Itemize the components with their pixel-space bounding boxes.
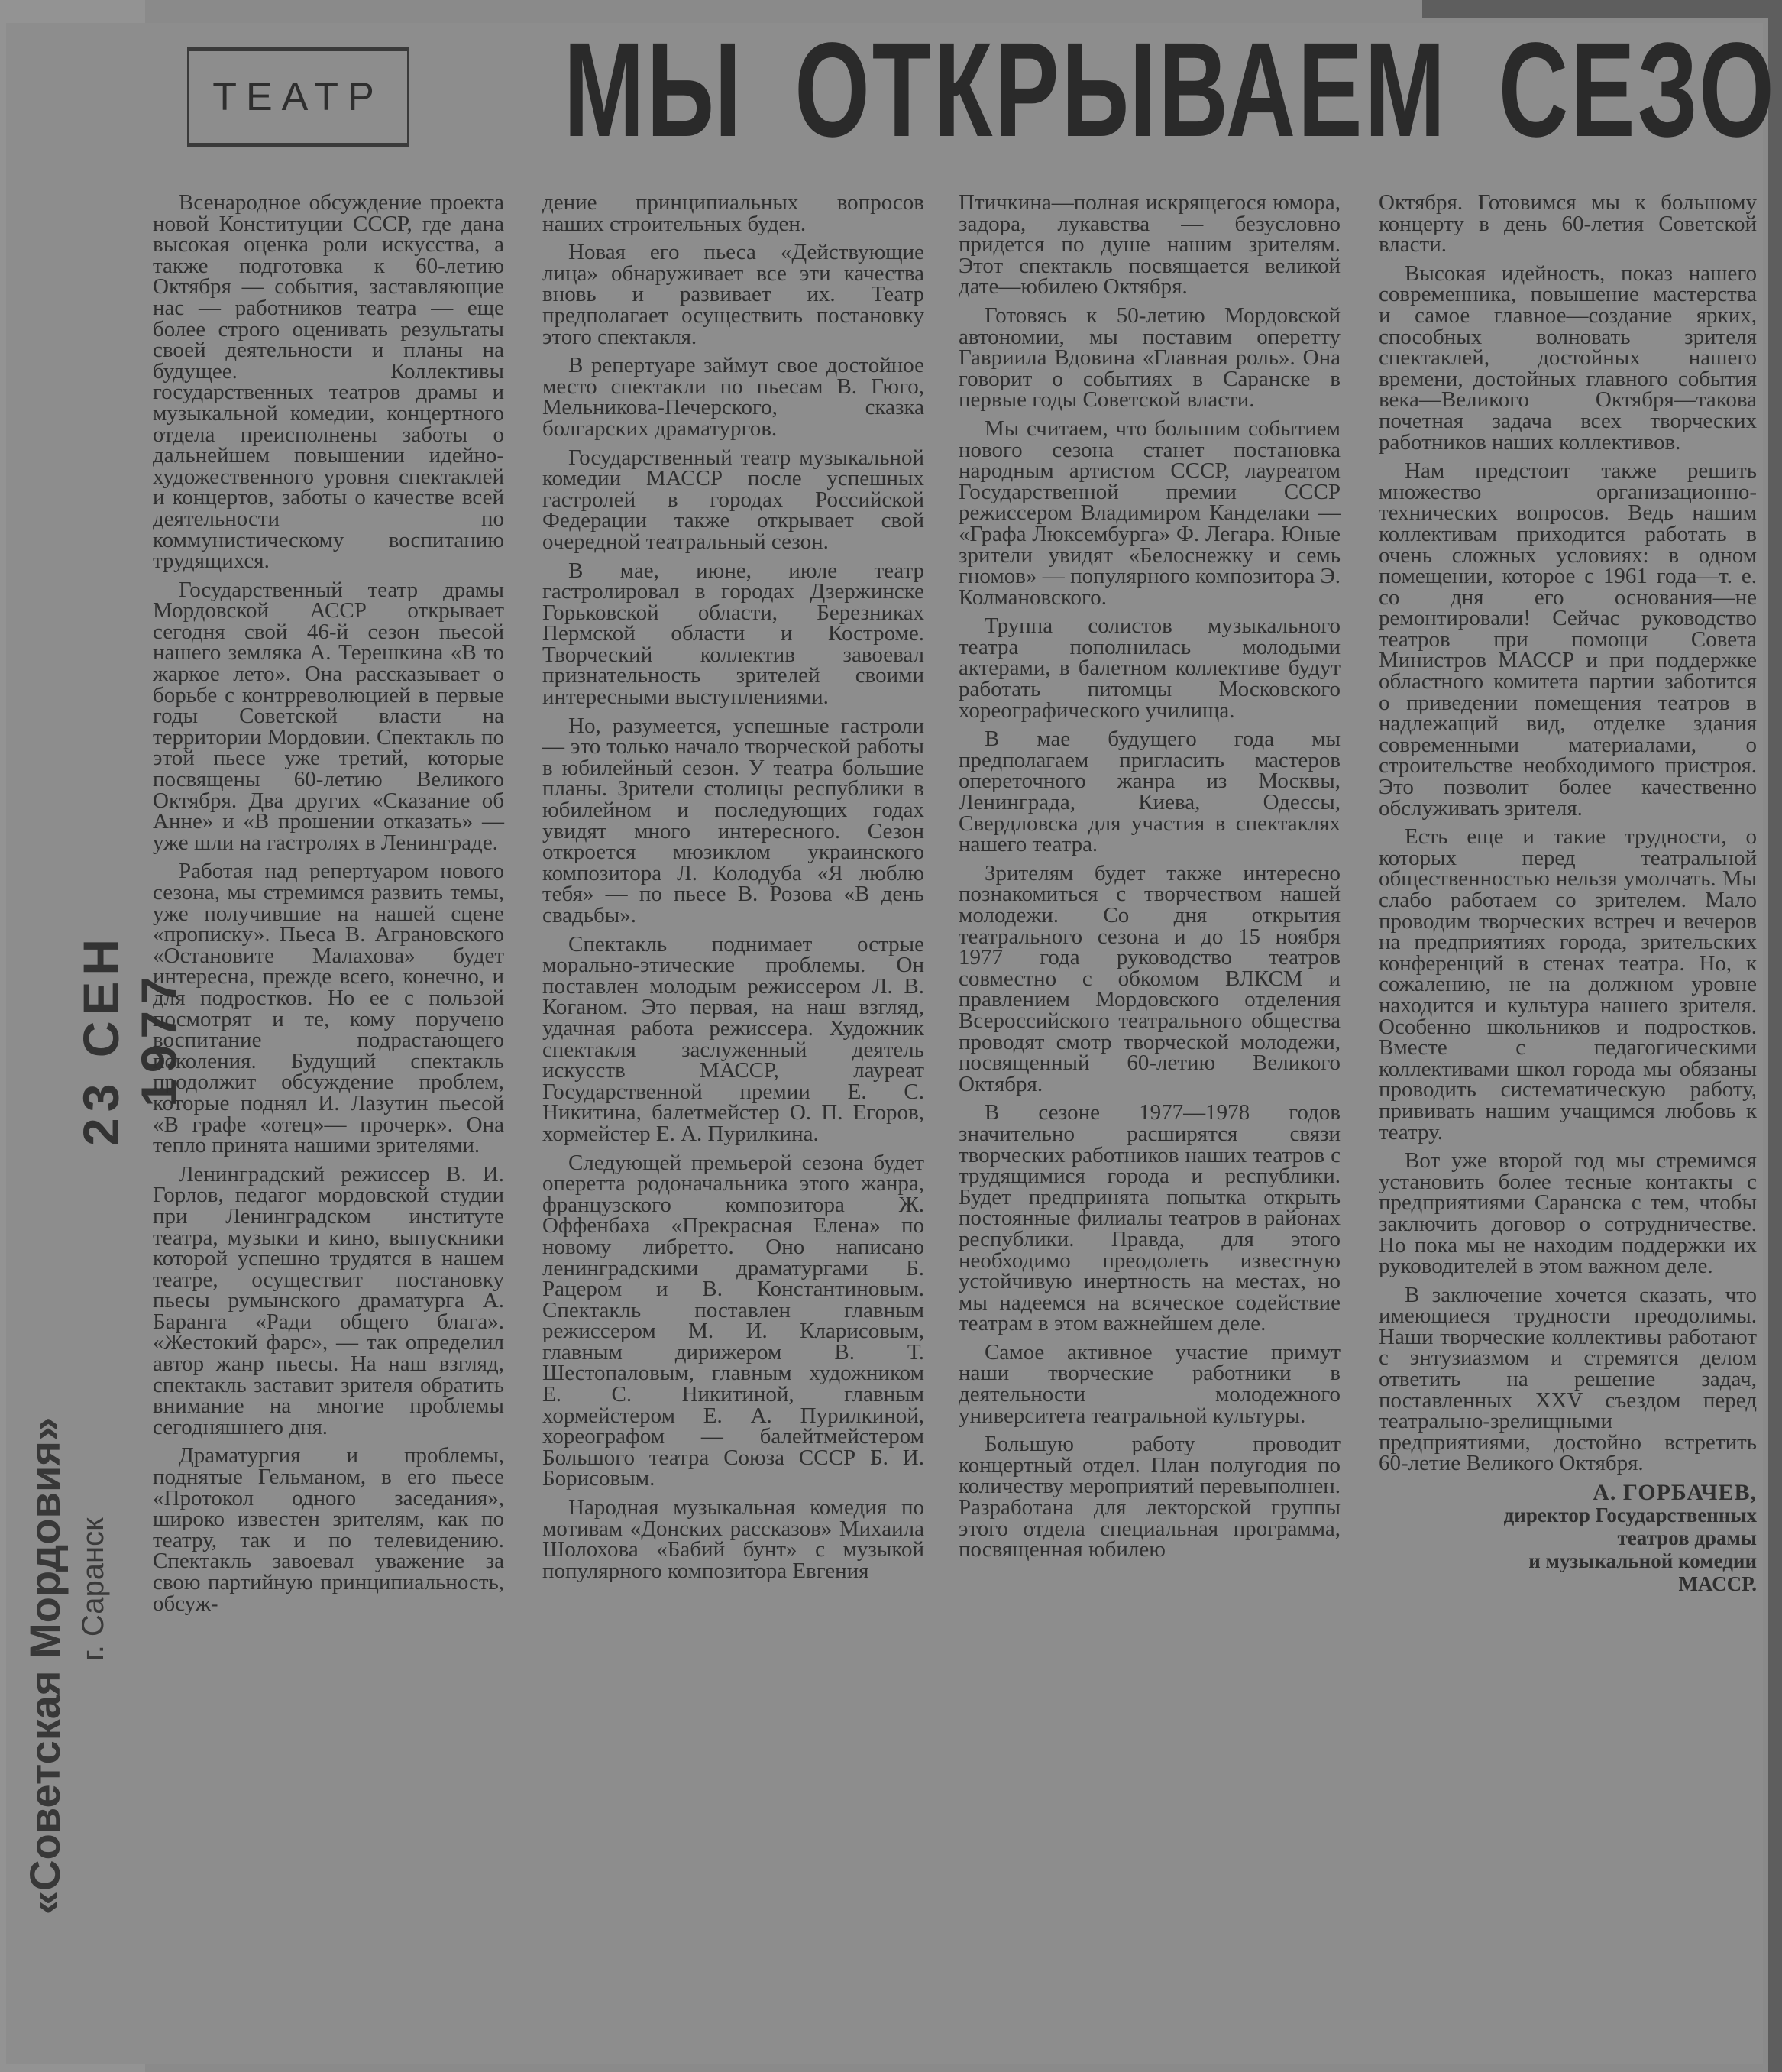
article-column-4: Октября. Готовимся мы к большому концерт… [1379,193,1757,1595]
paragraph: Государственный театр музыкальной комеди… [542,448,924,553]
author-role-line: МАССР. [1379,1572,1757,1595]
paragraph: Следующей премьерой сезона будет оперетт… [542,1153,924,1491]
author-role-line: директор Государственных [1379,1504,1757,1526]
paragraph: Государственный театр драмы Мордовской А… [153,580,504,854]
author-role-line: театров драмы [1379,1526,1757,1549]
author-name: А. ГОРБАЧЕВ, [1379,1482,1757,1504]
paragraph: Драматургия и проблемы, поднятые Гельман… [153,1446,504,1614]
paragraph: Вот уже второй год мы стремимся установи… [1379,1151,1757,1277]
paragraph: Но, разумеется, успешные гастроли — это … [542,716,924,927]
paragraph: Работая над репертуаром нового сезона, м… [153,861,504,1156]
paragraph: В заключение хочется сказать, что имеющи… [1379,1285,1757,1475]
paragraph: Труппа солистов музыкального театра попо… [959,616,1341,721]
author-role-line: и музыкальной комедии [1379,1549,1757,1572]
paragraph: В мае будущего года мы предполагаем приг… [959,729,1341,856]
paragraph-continuation: Октября. Готовимся мы к большому концерт… [1379,193,1757,256]
paragraph: Народная музыкальная комедия по мотивам … [542,1497,924,1582]
paragraph: Готовясь к 50-летию Мордовской автономии… [959,306,1341,411]
scan-background-edge [1768,18,1782,2072]
paragraph-continuation: дение принципиальных вопросов наших стро… [542,193,924,235]
paragraph: Большую работу проводит концертный отдел… [959,1434,1341,1561]
paragraph: Спектакль поднимает острые морально-этич… [542,934,924,1145]
paragraph: В сезоне 1977—1978 годов значительно рас… [959,1102,1341,1335]
stamp-city: г. Саранск [76,1452,111,1727]
rubric-box: ТЕАТР [187,47,409,147]
article-column-2: дение принципиальных вопросов наших стро… [542,193,924,1589]
paragraph: В мае, июне, июле театр гастролировал в … [542,561,924,708]
paragraph-continuation: Птичкина—полная искрящегося юмора, задор… [959,193,1341,298]
paragraph: Нам предстоит также решить множество орг… [1379,461,1757,819]
article-column-1: Всенародное обсуждение проекта новой Кон… [153,193,504,1622]
article-column-3: Птичкина—полная искрящегося юмора, задор… [959,193,1341,1569]
paragraph: Ленинградский режиссер В. И. Горлов, пед… [153,1164,504,1439]
paragraph: Новая его пьеса «Действующие лица» обнар… [542,242,924,348]
archive-stamp: 23 СЕН 1977 «Советская Мордовия» г. Сара… [27,856,112,2048]
paragraph: Всенародное обсуждение проекта новой Кон… [153,193,504,572]
article-headline: МЫ ОТКРЫВАЕМ СЕЗОН [564,23,1399,160]
paragraph: Самое активное участие примут наши творч… [959,1342,1341,1426]
paragraph: В репертуаре займут свое достойное место… [542,355,924,439]
paragraph: Высокая идейность, показ нашего современ… [1379,264,1757,453]
paragraph: Зрителям будет также интересно познакоми… [959,863,1341,1096]
rubric-label: ТЕАТР [212,74,383,120]
paragraph: Есть еще и такие трудности, о которых пе… [1379,827,1757,1143]
stamp-newspaper-name: «Советская Мордовия» [20,1329,70,2002]
paragraph: Мы считаем, что большим событием нового … [959,419,1341,608]
author-signature: А. ГОРБАЧЕВ, директор Государственных те… [1379,1482,1757,1595]
